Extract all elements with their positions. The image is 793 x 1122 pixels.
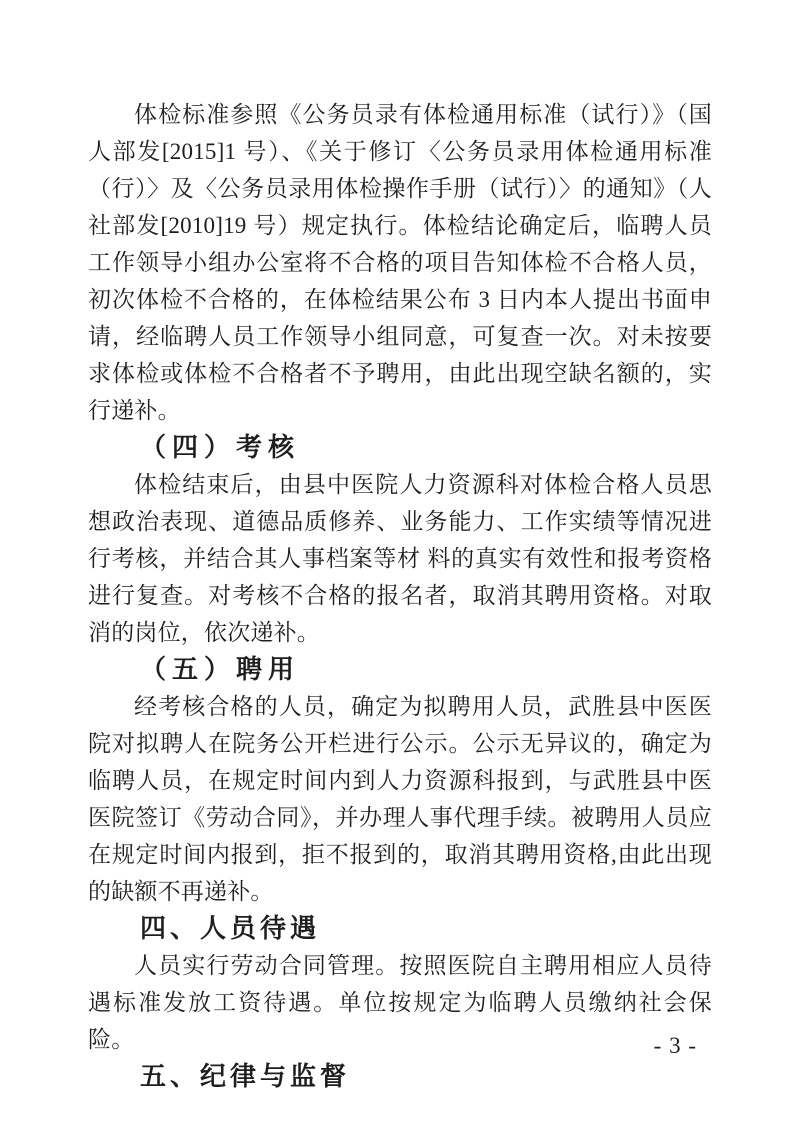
- page-number: - 3 -: [654, 1033, 697, 1059]
- paragraph-employment-process: 经考核合格的人员，确定为拟聘用人员，武胜县中医医院对拟聘人在院务公开栏进行公示。…: [88, 688, 712, 910]
- heading-section-5-employment: （五）聘用: [88, 651, 712, 688]
- document-body: 体检标准参照《公务员录有体检通用标准（试行）》（国人部发[2015]1 号）、《…: [88, 96, 712, 1095]
- paragraph-staff-benefits: 人员实行劳动合同管理。按照医院自主聘用相应人员待遇标准发放工资待遇。单位按规定为…: [88, 947, 712, 1058]
- paragraph-assessment-process: 体检结束后，由县中医院人力资源科对体检合格人员思想政治表现、道德品质修养、业务能…: [88, 466, 712, 651]
- heading-section-4-assessment: （四）考核: [88, 429, 712, 466]
- heading-chapter-4-staff-benefits: 四、人员待遇: [88, 910, 712, 947]
- heading-chapter-5-discipline-supervision: 五、纪律与监督: [88, 1058, 712, 1095]
- document-page: 体检标准参照《公务员录有体检通用标准（试行）》（国人部发[2015]1 号）、《…: [0, 0, 793, 1122]
- paragraph-exam-standards: 体检标准参照《公务员录有体检通用标准（试行）》（国人部发[2015]1 号）、《…: [88, 96, 712, 429]
